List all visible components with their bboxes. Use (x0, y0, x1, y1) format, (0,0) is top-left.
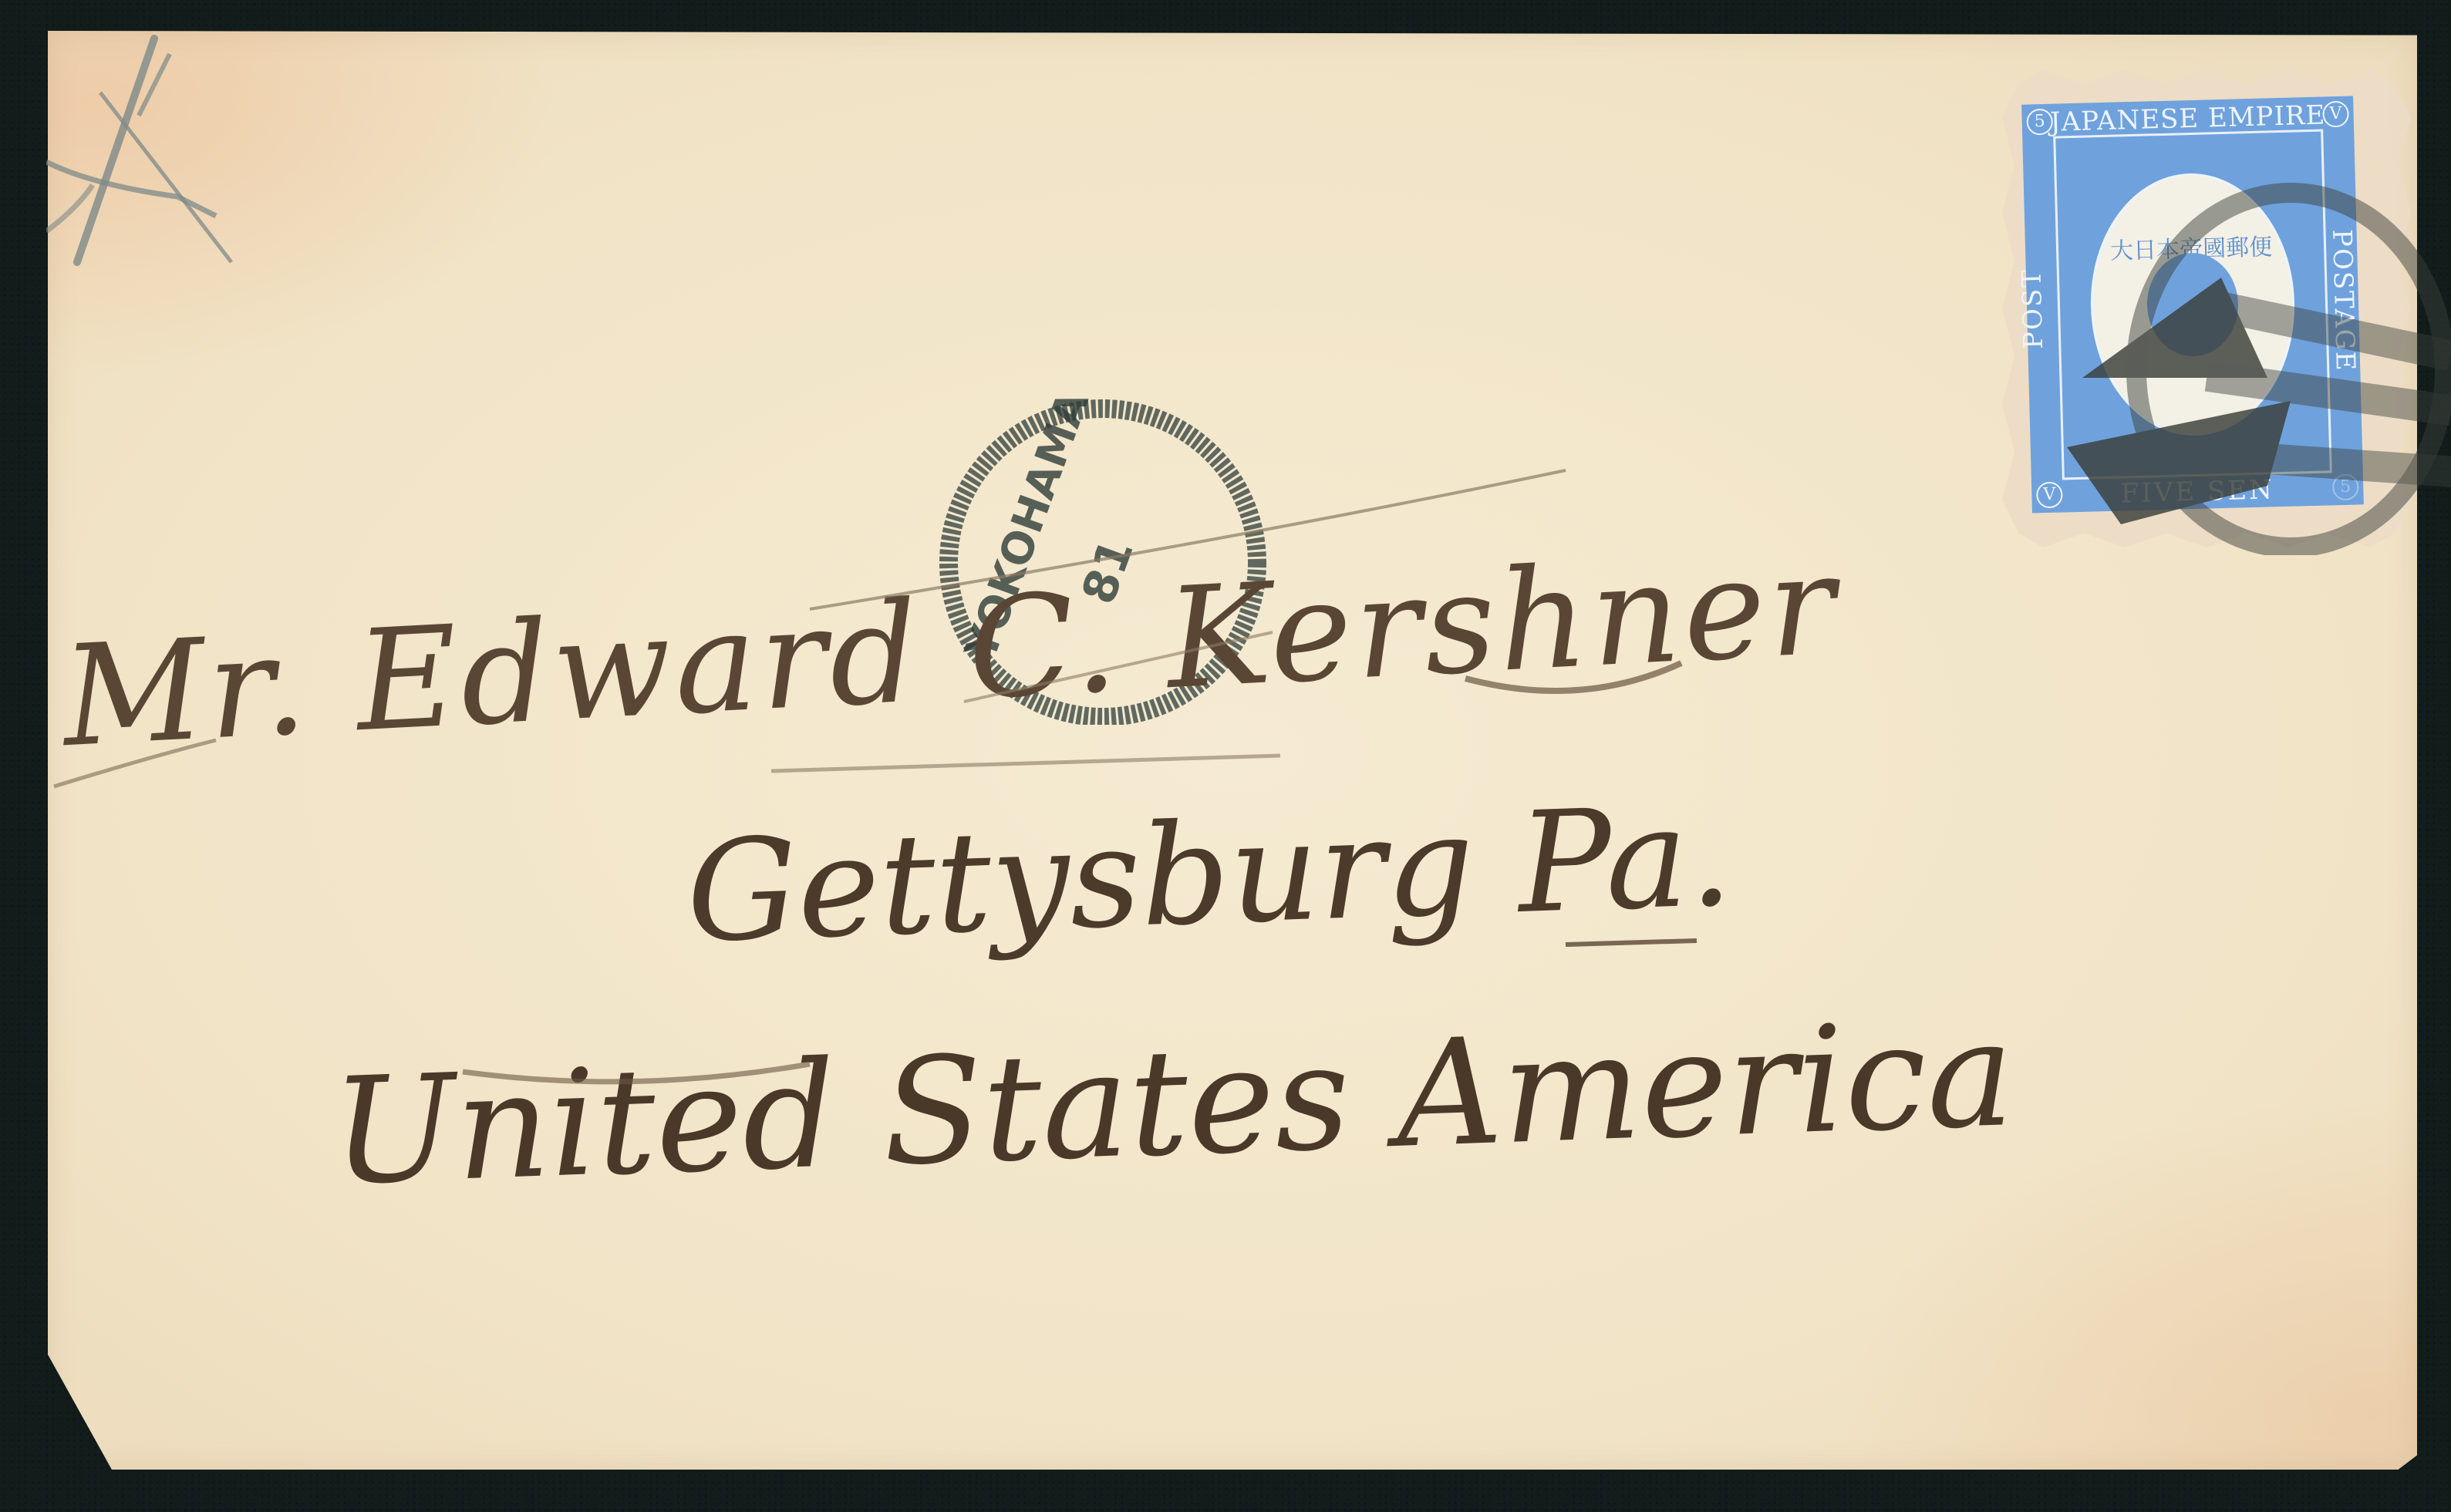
cancel-obliterator (2036, 123, 2451, 555)
pencil-mark: A (46, 31, 247, 278)
